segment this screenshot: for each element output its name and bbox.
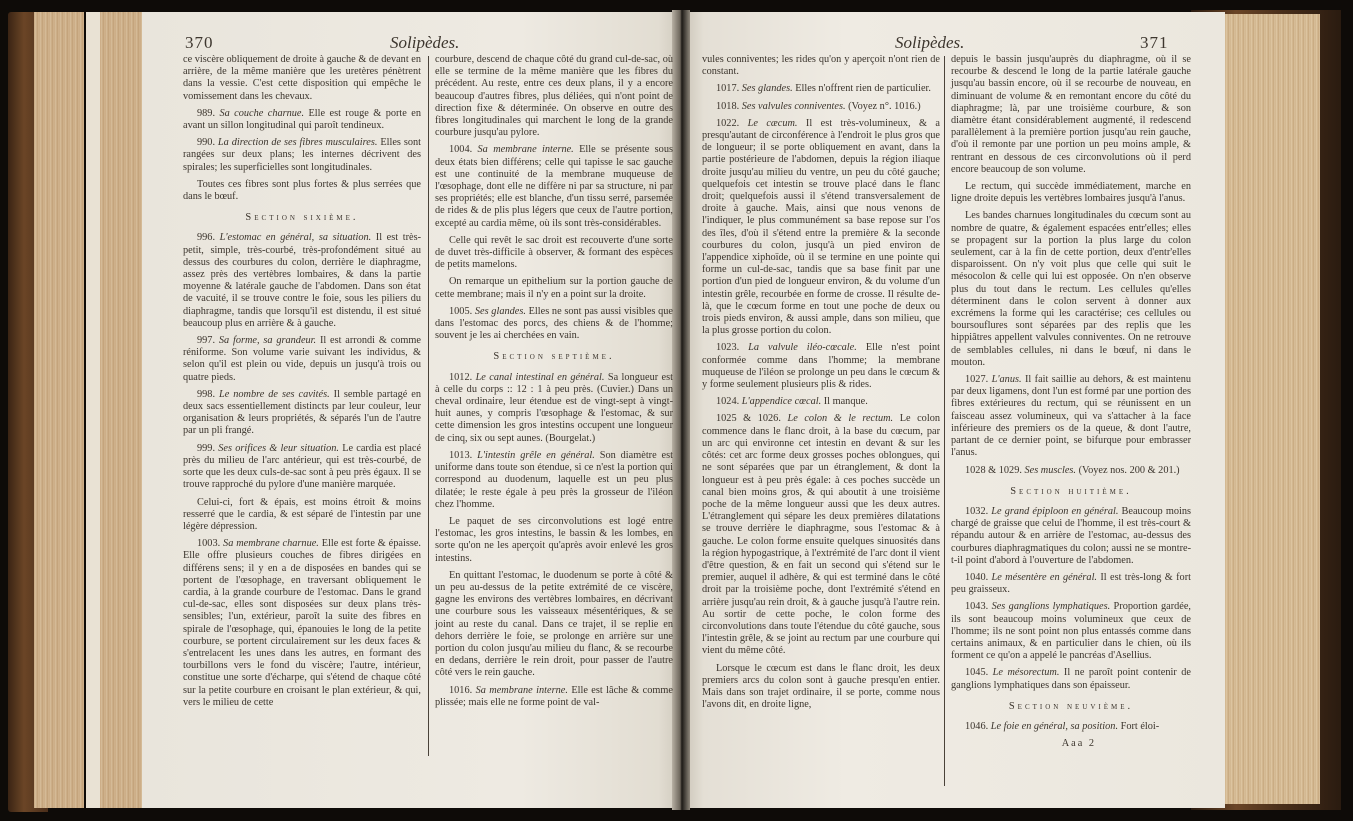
paragraph: ce viscère obliquement de droite à gauch… [183,54,421,103]
page-edges-right-outer [1280,14,1320,804]
article-text: Lorsque le cœcum est dans le flanc droit… [702,663,940,711]
article-text: Elles n'offrent rien de particulier. [795,83,931,94]
paragraph: 1028 & 1029. Ses muscles. (Voyez nos. 20… [951,465,1191,477]
section-heading: Section huitième. [951,486,1191,498]
paragraph: Celle qui revêt le sac droit est recouve… [435,235,673,272]
article-title: L'intestin grêle en général. [477,450,600,461]
article-number: 1017. [716,83,742,94]
article-title: Sa forme, sa grandeur. [219,335,320,346]
article-number: 1043. [965,601,992,612]
article-text: Le colon commence dans le flanc droit, à… [702,413,940,656]
paragraph: 1022. Le cæcum. Il est très-volumineux, … [702,118,940,338]
article-number: 1023. [716,342,748,353]
article-number: 997. [197,335,219,346]
article-text: Le paquet de ses circonvolutions est log… [435,516,673,564]
paragraph: 999. Ses orifices & leur situation. Le c… [183,443,421,492]
paragraph: 1024. L'appendice cœcal. Il manque. [702,396,940,408]
paragraph: 996. L'estomac en général, sa situation.… [183,232,421,330]
paragraph: En quittant l'estomac, le duodenum se po… [435,570,673,680]
paragraph: Les bandes charnues longitudinales du cœ… [951,210,1191,369]
paragraph: 1046. Le foie en général, sa position. F… [951,721,1191,733]
article-text: (Voyez nos. 200 & 201.) [1079,465,1180,476]
paragraph: 989. Sa couche charnue. Elle est rouge &… [183,108,421,132]
article-text: Elle est forte & épaisse. Elle offre plu… [183,538,421,708]
paragraph: 1012. Le canal intestinal en général. Sa… [435,372,673,445]
column-rule-left [428,56,429,756]
paragraph: 1032. Le grand épiploon en général. Beau… [951,506,1191,567]
paragraph: 1027. L'anus. Il fait saillie au dehors,… [951,374,1191,459]
paragraph: 998. Le nombre de ses cavités. Il semble… [183,389,421,438]
book-gutter [672,10,690,810]
left-page-column-2: courbure, descend de chaque côté du gran… [435,54,673,714]
page-edges-left-light [86,12,100,808]
article-title: L'anus. [992,374,1025,385]
paragraph: On remarque un epithelium sur la portion… [435,276,673,300]
article-number: 1046. [965,721,991,732]
article-text: Il manque. [824,396,868,407]
article-text: Fort éloi- [1121,721,1160,732]
paragraph: Le rectum, qui succède immédiatement, ma… [951,181,1191,205]
article-text: On remarque un epithelium sur la portion… [435,276,673,299]
paragraph: 990. La direction de ses fibres musculai… [183,137,421,174]
page-edges-right [1225,14,1280,804]
article-text: courbure, descend de chaque côté du gran… [435,54,673,138]
running-title-left: Solipèdes. [390,33,459,53]
column-rule-right [944,56,945,786]
article-text: depuis le bassin jusqu'auprès du diaphra… [951,54,1191,175]
printer-signature: Aaa 2 [951,738,1191,750]
article-title: Le nombre de ses cavités. [219,389,334,400]
article-text: En quittant l'estomac, le duodenum se po… [435,570,673,679]
article-title: Ses valvules conniventes. [742,101,848,112]
article-number: 1005. [449,306,475,317]
article-number: 1004. [449,144,478,155]
page-number-right: 371 [1140,33,1169,53]
article-text: Celui-ci, fort & épais, est moins étroit… [183,497,421,532]
left-page-column-1: ce viscère obliquement de droite à gauch… [183,54,421,714]
article-title: Le mésentère en général. [992,572,1101,583]
article-text: (Voyez n°. 1016.) [848,101,921,112]
paragraph: 1017. Ses glandes. Elles n'offrent rien … [702,83,940,95]
article-number: 1028 & 1029. [965,465,1025,476]
article-title: Ses orifices & leur situation. [218,443,342,454]
right-page-column-2: depuis le bassin jusqu'auprès du diaphra… [951,54,1191,755]
paragraph: 1003. Sa membrane charnue. Elle est fort… [183,538,421,709]
paragraph: 1016. Sa membrane interne. Elle est lâch… [435,685,673,709]
page-edges-left-inner [100,12,142,808]
article-title: Le foie en général, sa position. [991,721,1121,732]
article-title: Le canal intestinal en général. [476,372,608,383]
right-page-column-1: vules conniventes; les rides qu'on y ape… [702,54,940,716]
paragraph: 1025 & 1026. Le colon & le rectum. Le co… [702,413,940,657]
article-number: 1027. [965,374,992,385]
page-edges-left [34,12,84,808]
article-number: 1003. [197,538,223,549]
article-number: 1013. [449,450,477,461]
article-title: Sa membrane interne. [476,685,572,696]
paragraph: vules conniventes; les rides qu'on y ape… [702,54,940,78]
article-number: 1040. [965,572,992,583]
article-title: Ses ganglions lymphatiques. [992,601,1114,612]
section-heading: Section sixième. [183,212,421,224]
paragraph: 1013. L'intestin grêle en général. Son d… [435,450,673,511]
article-text: Elle se présente sous deux états bien di… [435,144,673,228]
article-text: ce viscère obliquement de droite à gauch… [183,54,421,102]
article-number: 1012. [449,372,476,383]
paragraph: 997. Sa forme, sa grandeur. Il est arron… [183,335,421,384]
article-title: Le mésorectum. [993,667,1064,678]
article-number: 1016. [449,685,476,696]
article-title: Le grand épiploon en général. [991,506,1121,517]
article-number: 1025 & 1026. [716,413,787,424]
article-number: 996. [197,232,220,243]
paragraph: Le paquet de ses circonvolutions est log… [435,516,673,565]
paragraph: 1023. La valvule iléo-cœcale. Elle n'est… [702,342,940,391]
article-title: L'appendice cœcal. [742,396,824,407]
article-title: Le colon & le rectum. [787,413,899,424]
paragraph: 1043. Ses ganglions lymphatiques. Propor… [951,601,1191,662]
article-title: L'estomac en général, sa situation. [220,232,376,243]
article-text: Le rectum, qui succède immédiatement, ma… [951,181,1191,204]
paragraph: 1040. Le mésentère en général. Il est tr… [951,572,1191,596]
article-number: 998. [197,389,219,400]
article-text: Il fait saillie au dehors, & est mainten… [951,374,1191,458]
section-heading: Section septième. [435,351,673,363]
article-title: Ses glandes. [475,306,529,317]
article-number: 1018. [716,101,742,112]
article-title: Ses glandes. [742,83,795,94]
article-number: 990. [197,137,218,148]
paragraph: 1018. Ses valvules conniventes. (Voyez n… [702,101,940,113]
page-number-left: 370 [185,33,214,53]
article-text: Il est très-volumineux, & a presqu'autan… [702,118,940,336]
article-number: 1022. [716,118,748,129]
article-number: 999. [197,443,218,454]
article-title: Sa couche charnue. [219,108,308,119]
paragraph: 1004. Sa membrane interne. Elle se prése… [435,144,673,229]
article-number: 1045. [965,667,993,678]
article-text: Toutes ces fibres sont plus fortes & plu… [183,179,421,202]
article-text: Les bandes charnues longitudinales du cœ… [951,210,1191,367]
article-title: Ses muscles. [1025,465,1079,476]
article-title: Sa membrane charnue. [223,538,322,549]
article-title: Sa membrane interne. [478,144,580,155]
article-title: La direction de ses fibres musculaires. [218,137,380,148]
article-number: 1032. [965,506,991,517]
paragraph: 1005. Ses glandes. Elles ne sont pas aus… [435,306,673,343]
paragraph: courbure, descend de chaque côté du gran… [435,54,673,139]
article-number: 989. [197,108,219,119]
running-title-right: Solipèdes. [895,33,964,53]
article-title: La valvule iléo-cœcale. [748,342,866,353]
article-text: Celle qui revêt le sac droit est recouve… [435,235,673,270]
paragraph: Celui-ci, fort & épais, est moins étroit… [183,497,421,534]
paragraph: Lorsque le cœcum est dans le flanc droit… [702,663,940,712]
article-text: Il est très-petit, simple, très-courbé, … [183,232,421,328]
section-heading: Section neuvième. [951,701,1191,713]
article-title: Le cæcum. [748,118,806,129]
paragraph: 1045. Le mésorectum. Il ne paroît point … [951,667,1191,691]
paragraph: Toutes ces fibres sont plus fortes & plu… [183,179,421,203]
paragraph: depuis le bassin jusqu'auprès du diaphra… [951,54,1191,176]
article-text: vules conniventes; les rides qu'on y ape… [702,54,940,77]
article-number: 1024. [716,396,742,407]
